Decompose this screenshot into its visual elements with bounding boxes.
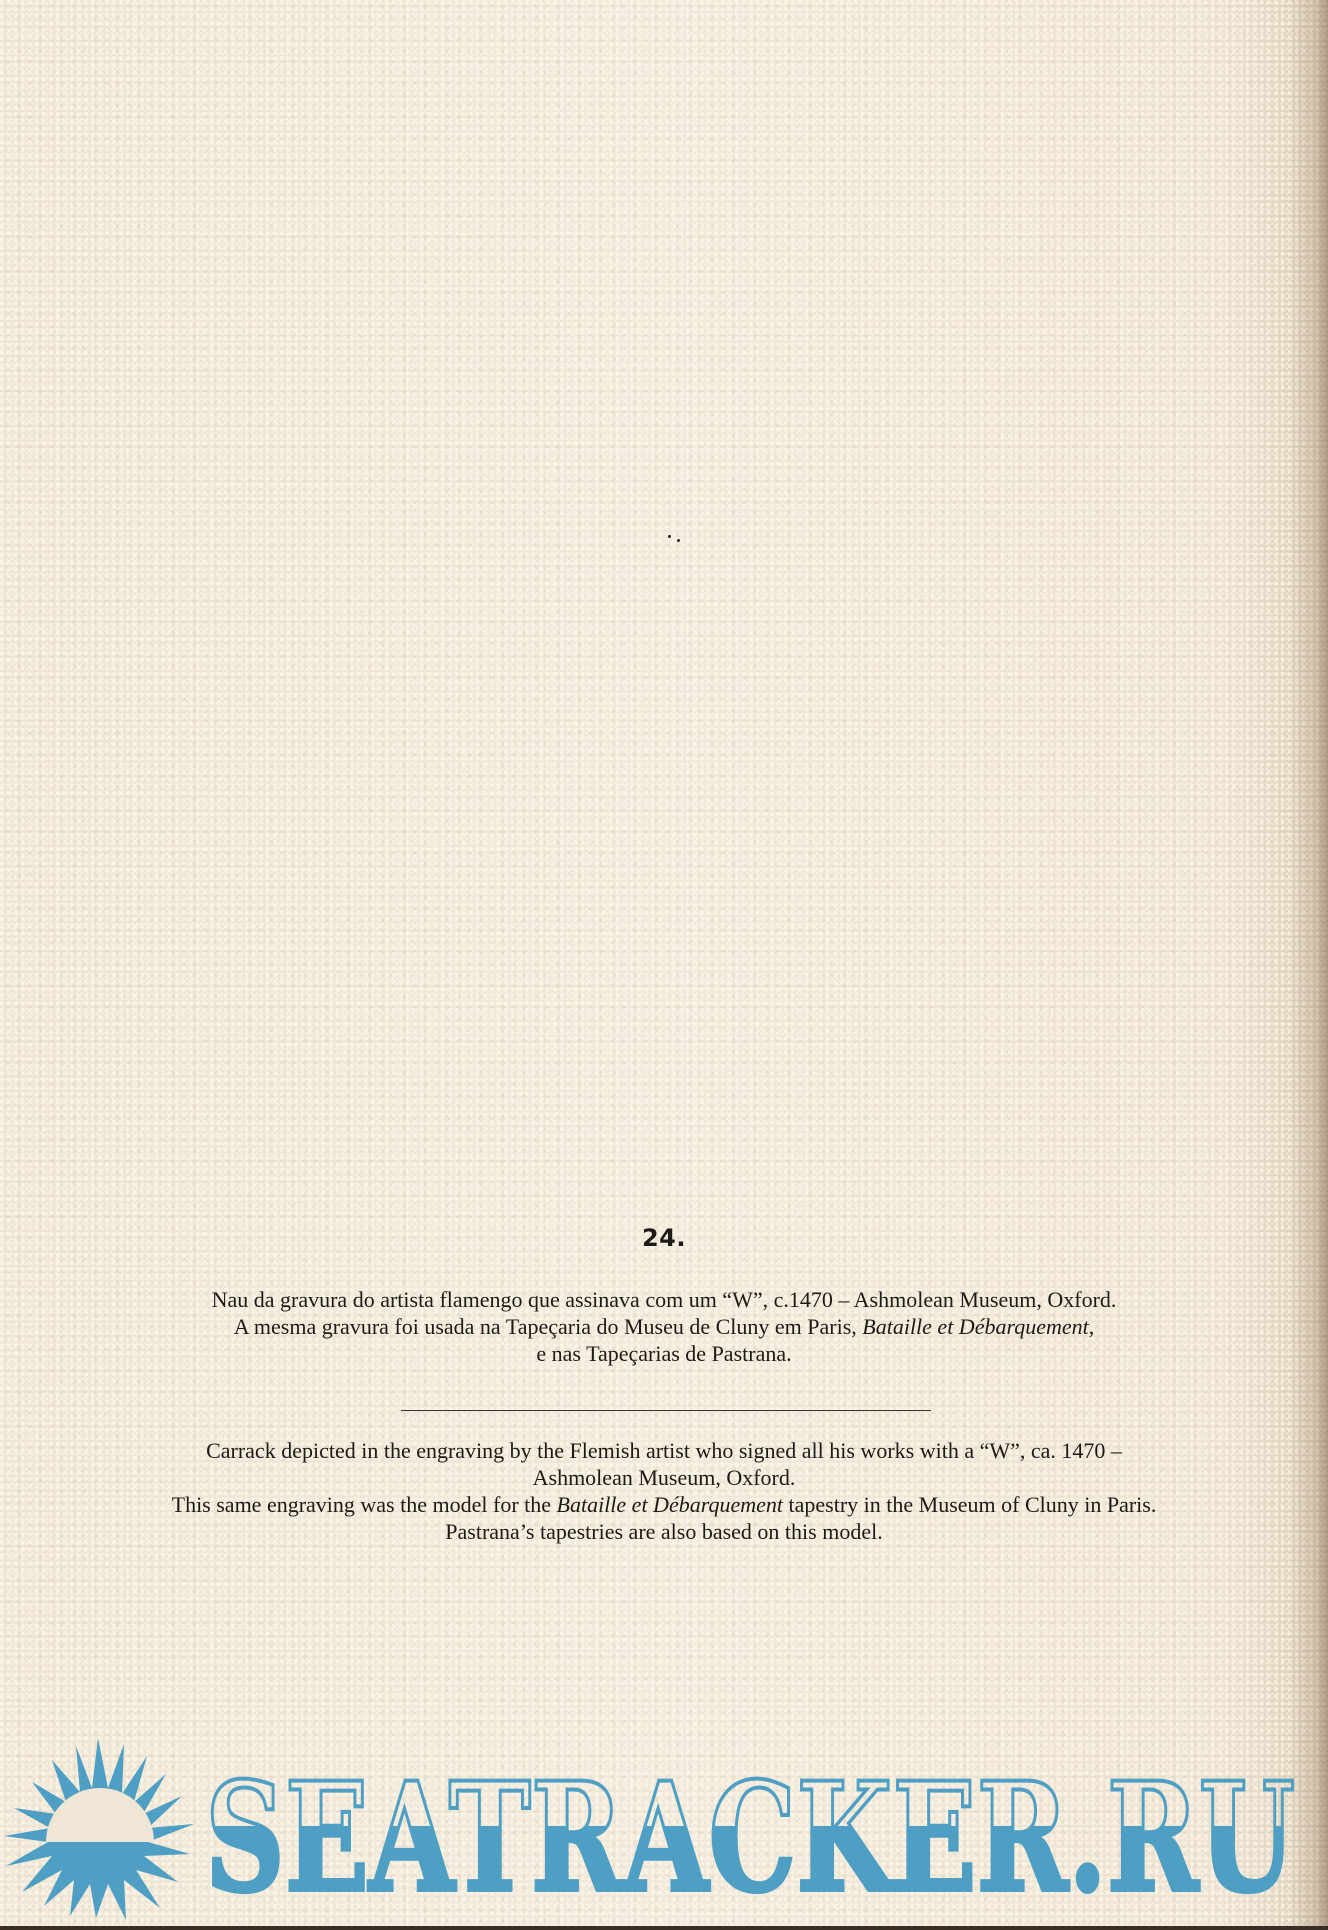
caption-pt-line-2-suffix: ,	[1089, 1314, 1095, 1339]
caption-en-line-1: Carrack depicted in the engraving by the…	[0, 1437, 1328, 1464]
page-bottom-edge	[0, 1926, 1328, 1930]
caption-pt-line-1: Nau da gravura do artista flamengo que a…	[0, 1286, 1328, 1313]
caption-pt-line-3: e nas Tapeçarias de Pastrana.	[0, 1340, 1328, 1367]
caption-english: Carrack depicted in the engraving by the…	[0, 1437, 1328, 1545]
watermark: SEATRACKER.RU SEATRACKER.RU	[0, 1730, 1310, 1920]
caption-pt-line-2: A mesma gravura foi usada na Tapeçaria d…	[0, 1313, 1328, 1340]
tapestry-title: Bataille et Débarquement	[557, 1492, 783, 1517]
caption-portuguese: Nau da gravura do artista flamengo que a…	[0, 1286, 1328, 1367]
print-specks	[668, 535, 688, 545]
caption-separator	[401, 1410, 931, 1411]
page-edge-shadow	[1288, 0, 1328, 1930]
tapestry-title: Bataille et Débarquement	[862, 1314, 1088, 1339]
caption-en-line-3-text: This same engraving was the model for th…	[172, 1492, 557, 1517]
speck	[668, 535, 671, 538]
caption-en-line-3-suffix: tapestry in the Museum of Cluny in Paris…	[783, 1492, 1156, 1517]
watermark-text: SEATRACKER.RU SEATRACKER.RU	[205, 1768, 1305, 1908]
caption-en-line-2: Ashmolean Museum, Oxford.	[0, 1464, 1328, 1491]
caption-en-line-4: Pastrana’s tapestries are also based on …	[0, 1518, 1328, 1545]
speck	[677, 539, 680, 542]
sun-over-sea-icon	[0, 1730, 200, 1920]
figure-number: 24.	[0, 1224, 1328, 1252]
caption-en-line-3: This same engraving was the model for th…	[0, 1491, 1328, 1518]
caption-pt-line-2-text: A mesma gravura foi usada na Tapeçaria d…	[234, 1314, 863, 1339]
